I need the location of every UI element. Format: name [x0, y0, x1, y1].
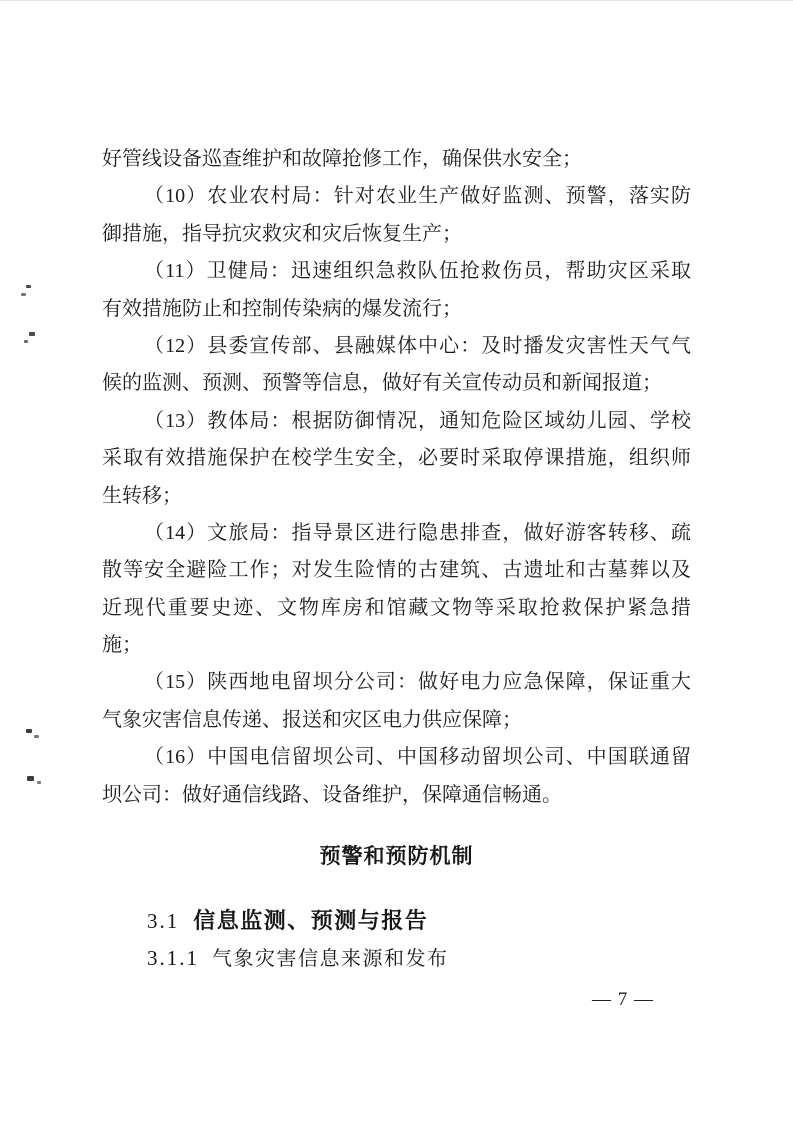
section-number: 3.1	[147, 909, 179, 933]
scan-top-edge	[0, 0, 793, 1]
body-line: 候的监测、预测、预警等信息，做好有关宣传动员和新闻报道；	[102, 365, 691, 402]
body-line: 施；	[102, 627, 691, 664]
subsection-title: 气象灾害信息来源和发布	[212, 948, 449, 970]
body-line: 御措施，指导抗灾救灾和灾后恢复生产；	[102, 216, 691, 253]
scan-speck	[29, 332, 35, 336]
body-line: （15）陕西地电留坝分公司：做好电力应急保障，保证重大	[102, 664, 691, 701]
section-heading-3-1: 3.1信息监测、预测与报告	[102, 902, 691, 939]
scan-speck	[24, 340, 28, 343]
section-heading-3-1-1: 3.1.1气象灾害信息来源和发布	[102, 940, 691, 977]
scan-speck	[26, 729, 32, 733]
subsection-number: 3.1.1	[147, 946, 199, 970]
chapter-heading: 预警和预防机制	[102, 838, 691, 875]
body-line: 好管线设备巡查维护和故障抢修工作，确保供水安全；	[102, 141, 691, 178]
document-content: 好管线设备巡查维护和故障抢修工作，确保供水安全； （10）农业农村局：针对农业生…	[102, 141, 691, 977]
body-line: （14）文旅局：指导景区进行隐患排查，做好游客转移、疏	[102, 515, 691, 552]
document-page: 好管线设备巡查维护和故障抢修工作，确保供水安全； （10）农业农村局：针对农业生…	[0, 0, 793, 1122]
body-line: 坝公司：做好通信线路、设备维护，保障通信畅通。	[102, 777, 691, 814]
scan-speck	[37, 781, 41, 784]
page-number: — 7 —	[592, 989, 654, 1011]
section-title: 信息监测、预测与报告	[193, 908, 428, 933]
body-line: 气象灾害信息传递、报送和灾区电力供应保障；	[102, 702, 691, 739]
body-line: （11）卫健局：迅速组织急救队伍抢救伤员，帮助灾区采取	[102, 253, 691, 290]
body-line: （12）县委宣传部、县融媒体中心：及时播发灾害性天气气	[102, 328, 691, 365]
body-line: 近现代重要史迹、文物库房和馆藏文物等采取抢救保护紧急措	[102, 590, 691, 627]
body-line: （10）农业农村局：针对农业生产做好监测、预警，落实防	[102, 178, 691, 215]
body-line: 采取有效措施保护在校学生安全，必要时采取停课措施，组织师	[102, 440, 691, 477]
body-line: 有效措施防止和控制传染病的爆发流行；	[102, 291, 691, 328]
scan-speck	[34, 735, 39, 738]
body-line: （13）教体局：根据防御情况，通知危险区域幼儿园、学校	[102, 403, 691, 440]
scan-speck	[21, 293, 26, 296]
body-line: 散等安全避险工作；对发生险情的古建筑、古遗址和古墓葬以及	[102, 552, 691, 589]
scan-speck	[27, 776, 34, 781]
body-line: （16）中国电信留坝公司、中国移动留坝公司、中国联通留	[102, 739, 691, 776]
body-line: 生转移；	[102, 478, 691, 515]
scan-speck	[26, 285, 31, 288]
